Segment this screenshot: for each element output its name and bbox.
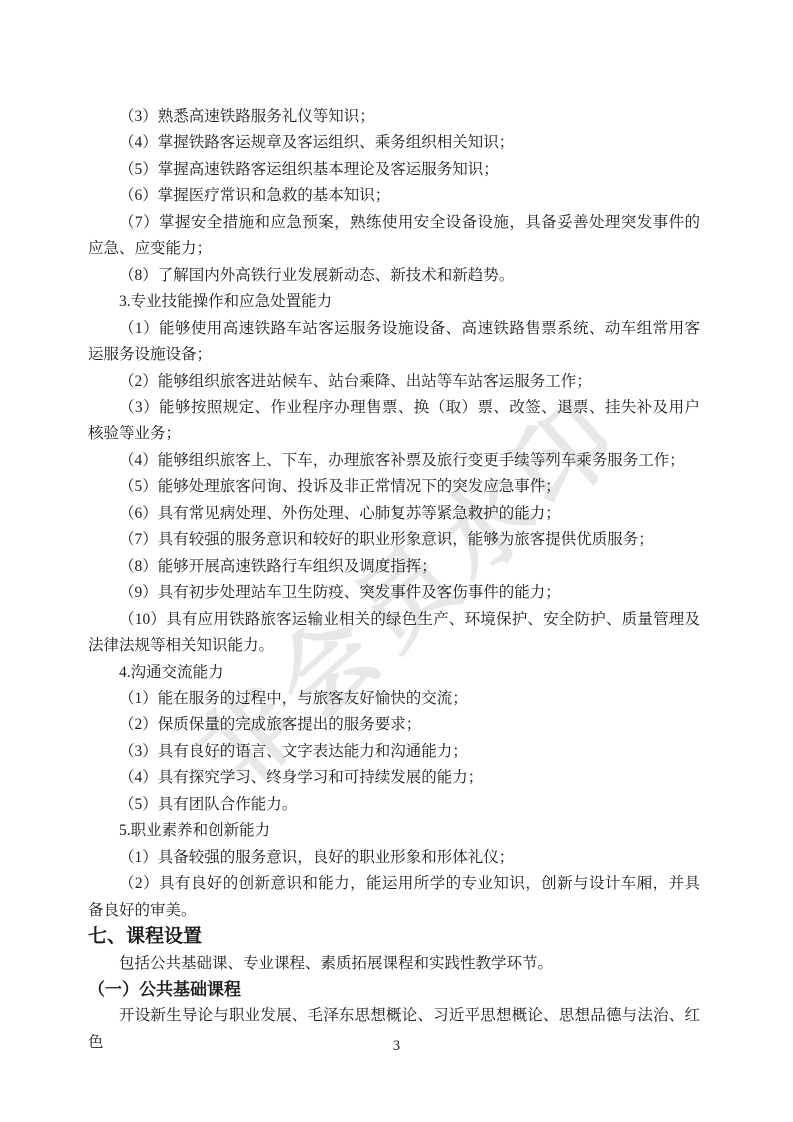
- page-footer: 3: [0, 1038, 793, 1055]
- body-paragraph: （4）掌握铁路客运规章及客运组织、乘务组织相关知识；: [88, 130, 700, 156]
- body-paragraph: （10）具有应用铁路旅客运输业相关的绿色生产、环境保护、安全防护、质量管理及法律…: [88, 607, 700, 660]
- body-paragraph: 3.专业技能操作和应急处置能力: [88, 289, 700, 315]
- document-text-block: （3）熟悉高速铁路服务礼仪等知识；（4）掌握铁路客运规章及客运组织、乘务组织相关…: [88, 104, 700, 1056]
- body-paragraph: （4）具有探究学习、终身学习和可持续发展的能力；: [88, 765, 700, 791]
- body-paragraph: （7）具有较强的服务意识和较好的职业形象意识，能够为旅客提供优质服务；: [88, 527, 700, 553]
- body-paragraph: （3）具有良好的语言、文字表达能力和沟通能力；: [88, 739, 700, 765]
- body-paragraph: （7）掌握安全措施和应急预案，熟练使用安全设备设施，具备妥善处理突发事件的应急、…: [88, 210, 700, 263]
- page-number: 3: [393, 1038, 400, 1054]
- body-paragraph: 5.职业素养和创新能力: [88, 818, 700, 844]
- body-paragraph: （2）具有良好的创新意识和能力，能运用所学的专业知识，创新与设计车厢，并具备良好…: [88, 871, 700, 924]
- document-page: 非会员水印 （3）熟悉高速铁路服务礼仪等知识；（4）掌握铁路客运规章及客运组织、…: [0, 0, 793, 1122]
- body-paragraph: （1）能在服务的过程中，与旅客友好愉快的交流；: [88, 686, 700, 712]
- body-paragraph: （5）掌握高速铁路客运组织基本理论及客运服务知识；: [88, 157, 700, 183]
- body-paragraph: （6）具有常见病处理、外伤处理、心肺复苏等紧急救护的能力；: [88, 501, 700, 527]
- body-paragraph: （8）能够开展高速铁路行车组织及调度指挥；: [88, 554, 700, 580]
- body-paragraph: （4）能够组织旅客上、下车，办理旅客补票及旅行变更手续等列车乘务服务工作；: [88, 448, 700, 474]
- body-paragraph: （1）具备较强的服务意识，良好的职业形象和形体礼仪；: [88, 845, 700, 871]
- body-paragraph: 包括公共基础课、专业课程、素质拓展课程和实践性教学环节。: [88, 951, 700, 977]
- body-paragraph: （9）具有初步处理站车卫生防疫、突发事件及客伤事件的能力；: [88, 580, 700, 606]
- body-paragraph: （3）熟悉高速铁路服务礼仪等知识；: [88, 104, 700, 130]
- body-paragraph: （5）能够处理旅客问询、投诉及非正常情况下的突发应急事件；: [88, 474, 700, 500]
- body-paragraph: （2）保质保量的完成旅客提出的服务要求；: [88, 712, 700, 738]
- body-paragraph: （6）掌握医疗常识和急救的基本知识；: [88, 183, 700, 209]
- body-paragraph: （2）能够组织旅客进站候车、站台乘降、出站等车站客运服务工作；: [88, 369, 700, 395]
- body-paragraph: （5）具有团队合作能力。: [88, 792, 700, 818]
- body-paragraph: （1）能够使用高速铁路车站客运服务设施设备、高速铁路售票系统、动车组常用客运服务…: [88, 316, 700, 369]
- body-paragraph: （3）能够按照规定、作业程序办理售票、换（取）票、改签、退票、挂失补及用户核验等…: [88, 395, 700, 448]
- section-heading: （一）公共基础课程: [88, 977, 700, 1003]
- body-paragraph: （8）了解国内外高铁行业发展新动态、新技术和新趋势。: [88, 263, 700, 289]
- chapter-heading: 七、课程设置: [88, 924, 700, 950]
- body-paragraph: 4.沟通交流能力: [88, 660, 700, 686]
